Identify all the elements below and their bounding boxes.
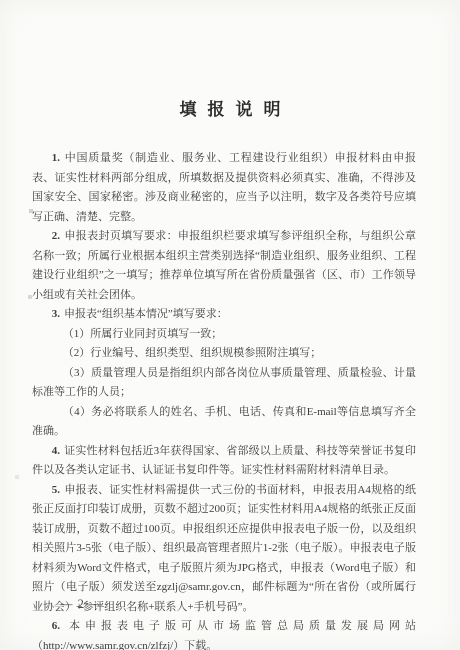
paragraph-4: 4.证实性材料包括近3年获得国家、省部级以上质量、科技等荣誉证书复印件以及各类认…: [32, 442, 416, 481]
paragraph-text: 申报表封页填写要求：申报组织栏要求填写参评组织全称，与组织公章名称一致；所属行业…: [32, 230, 416, 301]
paragraph-number: 3.: [52, 308, 60, 320]
paragraph-number: 2.: [52, 230, 60, 242]
paragraph-3: 3.申报表“组织基本情况”填写要求：: [32, 305, 416, 325]
paragraph-3-item-1: （1）所属行业同封页填写一致；: [32, 325, 416, 345]
paragraph-text: 申报表、证实性材料需提供一式三份的书面材料，申报表用A4规格的纸张正反面打印装订…: [32, 484, 416, 613]
paragraph-number: 5.: [52, 484, 60, 496]
page-number: — 2 —: [60, 597, 103, 612]
document-page: 填报说明 1.中国质量奖（制造业、服务业、工程建设行业组织）申报材料由申报表、证…: [0, 0, 460, 650]
paragraph-text: （2）行业编号、组织类型、组织规模参照附注填写；: [63, 347, 322, 359]
paragraph-6: 6.本申报表电子版可从市场监管总局质量发展局网站（http://www.samr…: [32, 617, 416, 650]
paragraph-3-item-3: （3）质量管理人员是指组织内部各岗位从事质量管理、质量检验、计量标准等工作的人员…: [32, 364, 416, 403]
paragraph-text: 本申报表电子版可从市场监管总局质量发展局网站（http://www.samr.g…: [32, 620, 416, 650]
paragraph-3-item-4: （4）务必将联系人的姓名、手机、电话、传真和E-mail等信息填写齐全准确。: [32, 403, 416, 442]
paragraph-text: （4）务必将联系人的姓名、手机、电话、传真和E-mail等信息填写齐全准确。: [32, 406, 416, 438]
paragraph-text: 申报表“组织基本情况”填写要求：: [64, 308, 228, 320]
paragraph-number: 4.: [52, 445, 60, 457]
paragraph-1: 1.中国质量奖（制造业、服务业、工程建设行业组织）申报材料由申报表、证实性材料两…: [32, 149, 416, 227]
paragraph-number: 1.: [52, 152, 60, 164]
paragraph-text: （1）所属行业同封页填写一致；: [63, 328, 223, 340]
paragraph-text: 证实性材料包括近3年获得国家、省部级以上质量、科技等荣誉证书复印件以及各类认定证…: [32, 445, 416, 477]
paragraph-text: （3）质量管理人员是指组织内部各岗位从事质量管理、质量检验、计量标准等工作的人员…: [32, 367, 416, 399]
paragraph-2: 2.申报表封页填写要求：申报组织栏要求填写参评组织全称，与组织公章名称一致；所属…: [32, 227, 416, 305]
document-body: 1.中国质量奖（制造业、服务业、工程建设行业组织）申报材料由申报表、证实性材料两…: [0, 149, 460, 650]
page-title: 填报说明: [0, 0, 460, 120]
paragraph-number: 6.: [52, 620, 60, 632]
paragraph-text: 中国质量奖（制造业、服务业、工程建设行业组织）申报材料由申报表、证实性材料两部分…: [32, 152, 416, 223]
scan-specks: [0, 0, 2, 2]
paragraph-3-item-2: （2）行业编号、组织类型、组织规模参照附注填写；: [32, 344, 416, 364]
